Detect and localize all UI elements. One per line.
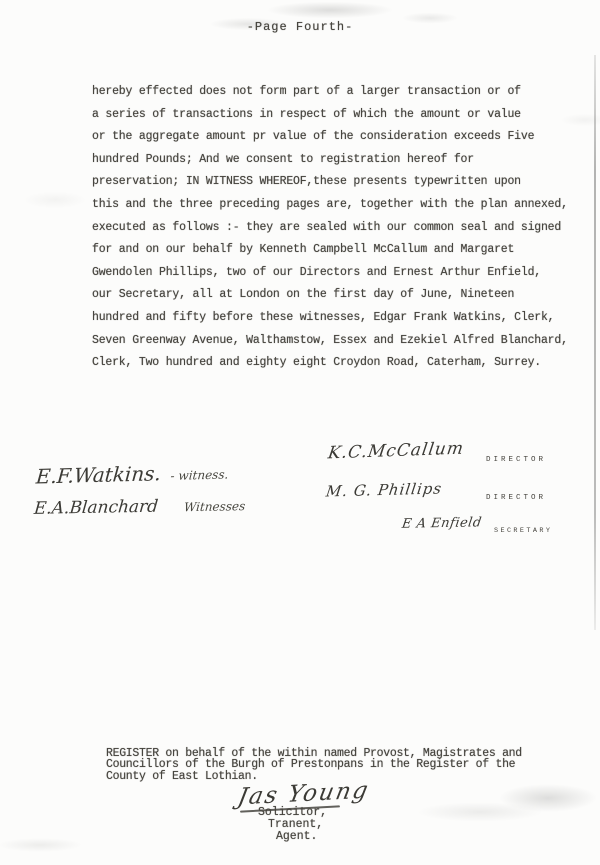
- signoff-agent: Agent.: [276, 830, 317, 843]
- document-body: hereby effected does not form part of a …: [92, 81, 587, 375]
- body-line: a series of transactions in respect of w…: [92, 104, 587, 127]
- role-label-secretary: SECRETARY: [494, 527, 552, 535]
- signature-text: E.F.Watkins.: [35, 461, 162, 488]
- body-line: for and on our behalf by Kenneth Campbel…: [92, 239, 587, 262]
- body-line: our Secretary, all at London on the firs…: [92, 284, 587, 307]
- body-line: hundred Pounds; And we consent to regist…: [92, 149, 587, 172]
- body-line: hundred and fifty before these witnesses…: [92, 307, 587, 330]
- body-line: or the aggregate amount pr value of the …: [92, 126, 587, 149]
- body-line: preservation; IN WITNESS WHEREOF,these p…: [92, 171, 587, 194]
- signature-text: E.A.Blanchard: [33, 497, 159, 519]
- body-line: Gwendolen Phillips, two of our Directors…: [92, 262, 587, 285]
- secretary-signature-enfield: E A Enfield: [401, 515, 483, 531]
- director-signature-phillips: M. G. Phillips: [325, 479, 443, 500]
- body-line: Clerk, Two hundred and eighty eight Croy…: [92, 352, 587, 375]
- register-line: Councillors of the Burgh of Prestonpans …: [106, 759, 576, 770]
- body-line: this and the three preceding pages are, …: [92, 194, 587, 217]
- director-signature-mccallum: K.C.McCallum: [327, 439, 466, 464]
- body-line: hereby effected does not form part of a …: [92, 81, 587, 104]
- role-label-director-1: DIRECTOR: [486, 456, 546, 464]
- body-line: executed as follows :- they are sealed w…: [92, 217, 587, 240]
- witness-label: - witness.: [170, 467, 229, 483]
- register-statement: REGISTER on behalf of the within named P…: [106, 748, 576, 782]
- scan-edge-artifact: [594, 55, 596, 630]
- role-label-director-2: DIRECTOR: [486, 494, 546, 502]
- scanned-document-page: -Page Fourth- hereby effected does not f…: [0, 0, 600, 865]
- body-line: Seven Greenway Avenue, Walthamstow, Esse…: [92, 330, 587, 353]
- witness-label: Witnesses: [183, 499, 245, 514]
- witness-signature-watkins: E.F.Watkins.- witness.: [35, 459, 229, 488]
- witness-signature-blanchard: E.A.BlanchardWitnesses: [33, 495, 246, 519]
- page-title: -Page Fourth-: [0, 20, 600, 34]
